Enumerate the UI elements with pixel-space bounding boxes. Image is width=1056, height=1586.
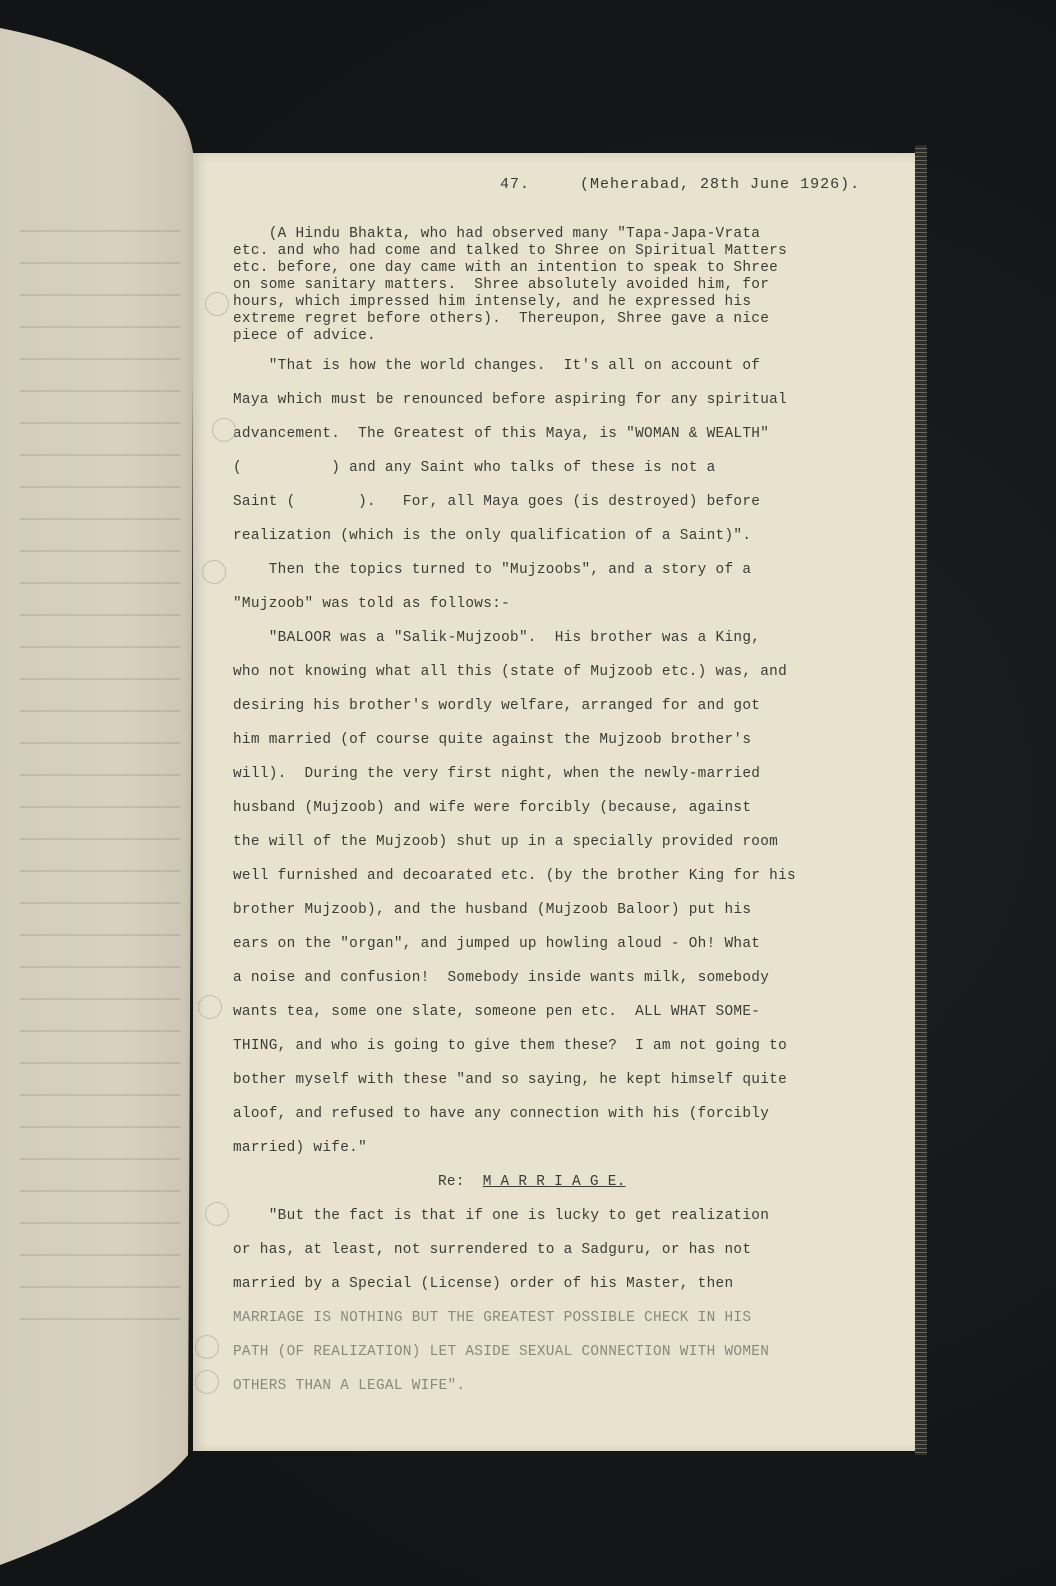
body-line: "That is how the world changes. It's all…: [233, 358, 760, 374]
intro-line: on some sanitary matters. Shree absolute…: [233, 277, 769, 295]
intro-line: etc. and who had come and talked to Shre…: [233, 243, 787, 261]
body-line: ears on the "organ", and jumped up howli…: [233, 936, 760, 952]
body-line: Maya which must be renounced before aspi…: [233, 392, 787, 408]
location-date: (Meherabad, 28th June 1926).: [580, 176, 860, 193]
marriage-line: OTHERS THAN A LEGAL WIFE".: [233, 1378, 465, 1394]
body-line: "Mujzoob" was told as follows:-: [233, 596, 510, 612]
intro-line: etc. before, one day came with an intent…: [233, 260, 778, 278]
marriage-line: or has, at least, not surrendered to a S…: [233, 1242, 751, 1258]
pencil-margin-mark: [212, 418, 236, 442]
body-line: aloof, and refused to have any connectio…: [233, 1106, 769, 1122]
heading-title: M A R R I A G E.: [483, 1174, 626, 1190]
pencil-margin-mark: [195, 1335, 219, 1359]
intro-line: hours, which impressed him intensely, an…: [233, 294, 751, 312]
marriage-line: MARRIAGE IS NOTHING BUT THE GREATEST POS…: [233, 1310, 751, 1326]
body-line: wants tea, some one slate, someone pen e…: [233, 1004, 760, 1020]
body-line: Then the topics turned to "Mujzoobs", an…: [233, 562, 751, 578]
body-line: Saint ( ). For, all Maya goes (is destro…: [233, 494, 760, 510]
intro-line: piece of advice.: [233, 328, 376, 346]
intro-line: (A Hindu Bhakta, who had observed many "…: [233, 226, 760, 244]
page-number: 47.: [500, 176, 530, 193]
marriage-line: PATH (OF REALIZATION) LET ASIDE SEXUAL C…: [233, 1344, 769, 1360]
pencil-margin-mark: [195, 1370, 219, 1394]
pencil-margin-mark: [205, 292, 229, 316]
body-line: ( ) and any Saint who talks of these is …: [233, 460, 716, 476]
body-line: "BALOOR was a "Salik-Mujzoob". His broth…: [233, 630, 760, 646]
heading-prefix: Re:: [438, 1174, 465, 1190]
body-line: the will of the Mujzoob) shut up in a sp…: [233, 834, 778, 850]
pencil-margin-mark: [205, 1202, 229, 1226]
body-line: husband (Mujzoob) and wife were forcibly…: [233, 800, 751, 816]
body-line: bother myself with these "and so saying,…: [233, 1072, 787, 1088]
left-page-bleedthrough: [20, 200, 180, 1400]
left-page-facing: [0, 0, 200, 1586]
body-line: married) wife.": [233, 1140, 367, 1156]
pencil-margin-mark: [198, 995, 222, 1019]
body-line: brother Mujzoob), and the husband (Mujzo…: [233, 902, 751, 918]
section-heading: Re: M A R R I A G E.: [438, 1174, 626, 1190]
body-line: him married (of course quite against the…: [233, 732, 751, 748]
marriage-line: "But the fact is that if one is lucky to…: [233, 1208, 769, 1224]
body-line: a noise and confusion! Somebody inside w…: [233, 970, 769, 986]
body-line: well furnished and decoarated etc. (by t…: [233, 868, 796, 884]
body-line: advancement. The Greatest of this Maya, …: [233, 426, 769, 442]
marriage-line: married by a Special (License) order of …: [233, 1276, 733, 1292]
page-header: 47. (Meherabad, 28th June 1926).: [500, 176, 860, 193]
body-line: THING, and who is going to give them the…: [233, 1038, 787, 1054]
body-line: realization (which is the only qualifica…: [233, 528, 751, 544]
body-line: who not knowing what all this (state of …: [233, 664, 787, 680]
body-line: will). During the very first night, when…: [233, 766, 760, 782]
intro-line: extreme regret before others). Thereupon…: [233, 311, 769, 329]
pencil-margin-mark: [202, 560, 226, 584]
page-stack-edge: [915, 145, 927, 1455]
body-line: desiring his brother's wordly welfare, a…: [233, 698, 760, 714]
